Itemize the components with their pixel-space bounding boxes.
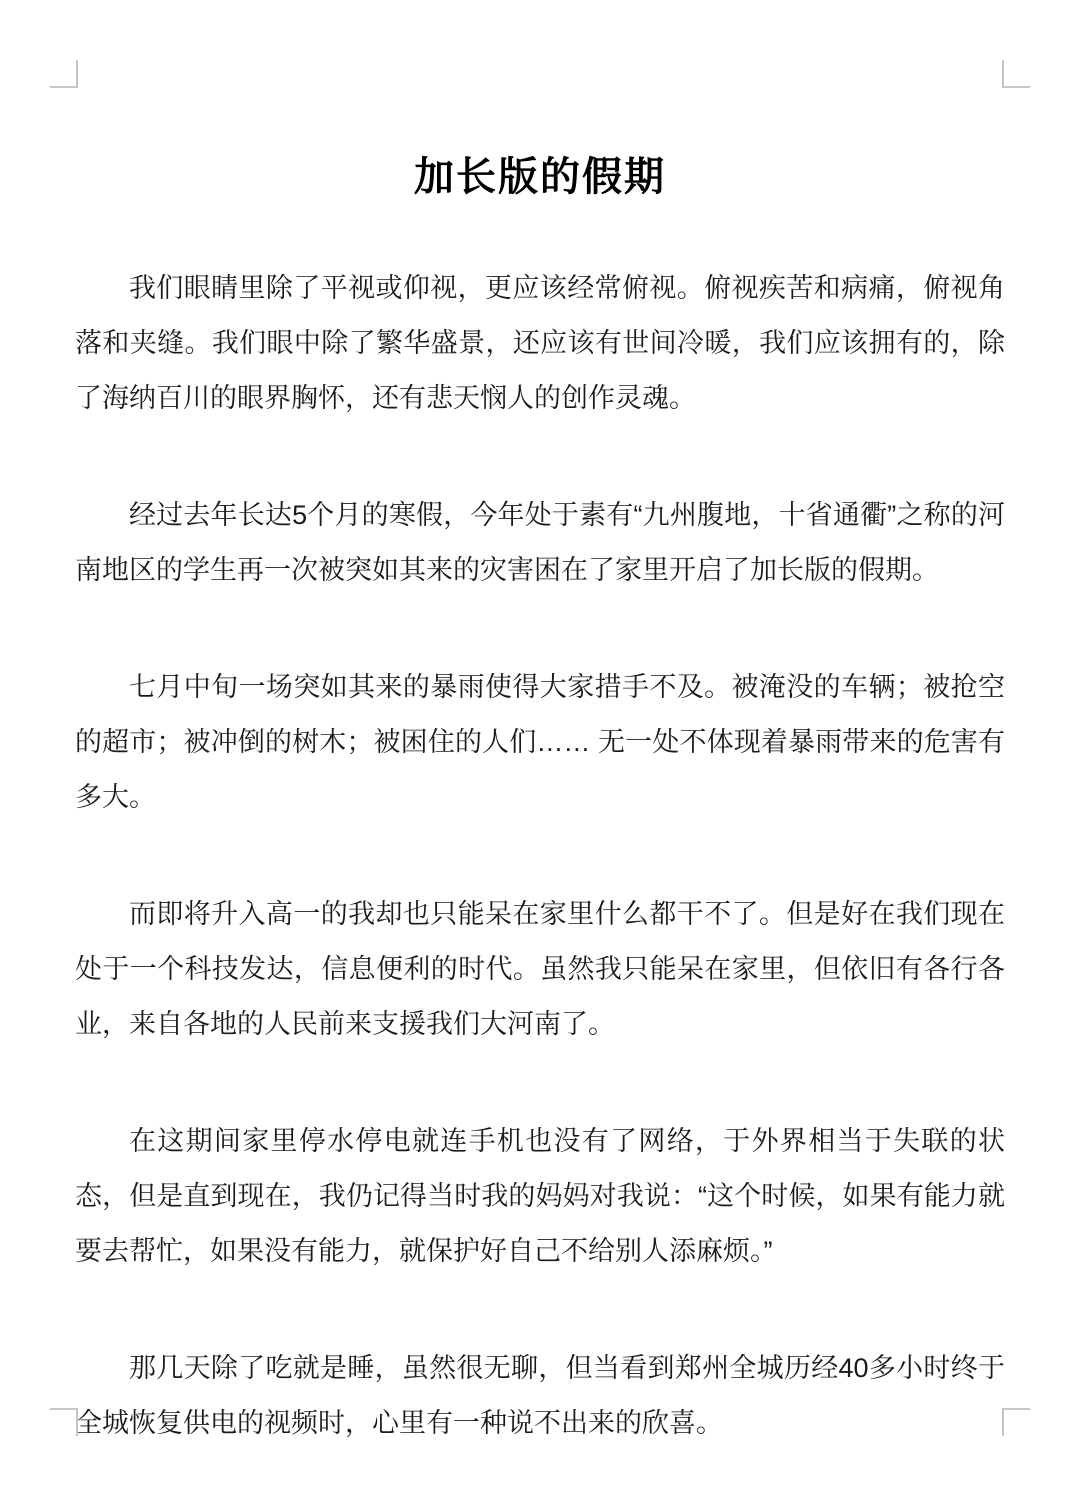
paragraph-3: 七月中旬一场突如其来的暴雨使得大家措手不及。被淹没的车辆；被抢空的超市；被冲倒的…: [75, 660, 1005, 825]
paragraph-2: 经过去年长达5个月的寒假，今年处于素有“九州腹地，十省通衢”之称的河南地区的学生…: [75, 488, 1005, 598]
margin-corner-bottom-left-mark: [50, 1408, 78, 1436]
document-page: 加长版的假期 我们眼睛里除了平视或仰视，更应该经常俯视。俯视疾苦和病痛，俯视角落…: [0, 0, 1080, 1499]
paragraph-4: 而即将升入高一的我却也只能呆在家里什么都干不了。但是好在我们现在处于一个科技发达…: [75, 887, 1005, 1052]
margin-corner-top-right-mark: [1002, 60, 1030, 88]
paragraph-1: 我们眼睛里除了平视或仰视，更应该经常俯视。俯视疾苦和病痛，俯视角落和夹缝。我们眼…: [75, 261, 1005, 426]
essay-title: 加长版的假期: [0, 0, 1080, 208]
paragraph-5: 在这期间家里停水停电就连手机也没有了网络，于外界相当于失联的状态，但是直到现在，…: [75, 1114, 1005, 1279]
margin-corner-bottom-right-mark: [1002, 1408, 1030, 1436]
paragraph-6: 那几天除了吃就是睡，虽然很无聊，但当看到郑州全城历经40多小时终于全城恢复供电的…: [75, 1341, 1005, 1451]
essay-body: 我们眼睛里除了平视或仰视，更应该经常俯视。俯视疾苦和病痛，俯视角落和夹缝。我们眼…: [75, 261, 1005, 1451]
margin-corner-top-left-mark: [50, 60, 78, 88]
